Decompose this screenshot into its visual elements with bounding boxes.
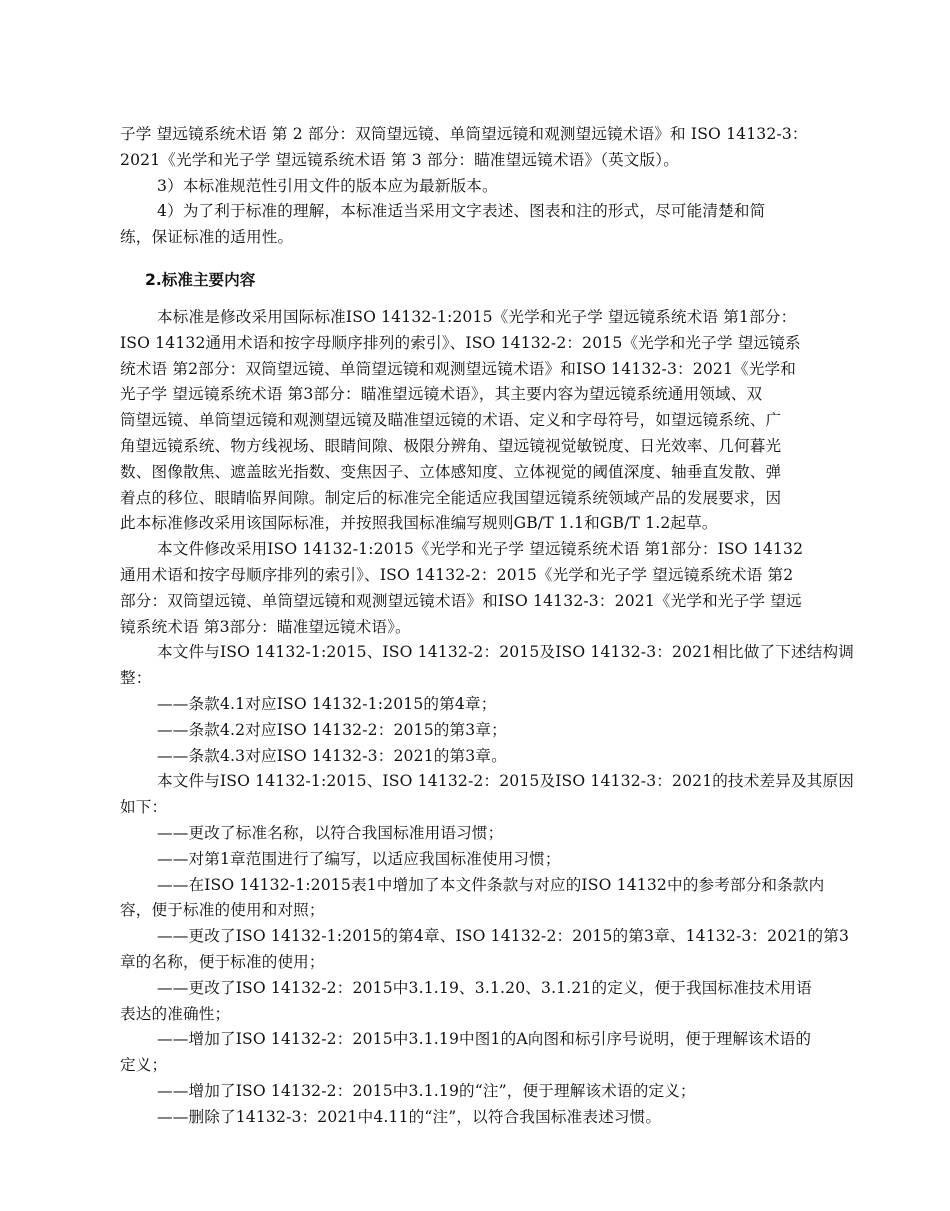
- document-page: 子学 望远镜系统术语 第 2 部分：双筒望远镜、单筒望远镜和观测望远镜术语》和 …: [0, 0, 950, 1211]
- list-item: ——增加了ISO 14132-2：2015中3.1.19的“注”，便于理解该术语…: [120, 1079, 832, 1105]
- text-line: 整：: [120, 666, 832, 692]
- list-item: ——条款4.2对应ISO 14132-2：2015的第3章；: [120, 718, 832, 744]
- text-line: 容，便于标准的使用和对照；: [120, 898, 832, 924]
- text-line: 2021《光学和光子学 望远镜系统术语 第 3 部分：瞄准望远镜术语》（英文版）…: [120, 148, 832, 174]
- text-line: 本文件与ISO 14132-1:2015、ISO 14132-2：2015及IS…: [120, 640, 832, 666]
- text-line: 本文件与ISO 14132-1:2015、ISO 14132-2：2015及IS…: [120, 769, 832, 795]
- text-line: 部分：双筒望远镜、单筒望远镜和观测望远镜术语》和ISO 14132-3：2021…: [120, 589, 832, 615]
- document-content: 子学 望远镜系统术语 第 2 部分：双筒望远镜、单筒望远镜和观测望远镜术语》和 …: [120, 122, 832, 1130]
- text-line: 4）为了利于标准的理解，本标准适当采用文字表述、图表和注的形式，尽可能清楚和简: [120, 199, 832, 225]
- text-line: 本标准是修改采用国际标准ISO 14132-1:2015《光学和光子学 望远镜系…: [120, 305, 832, 331]
- list-item: ——更改了ISO 14132-2：2015中3.1.19、3.1.20、3.1.…: [120, 976, 832, 1002]
- text-line: 表达的准确性；: [120, 1002, 832, 1028]
- text-line: 章的名称，便于标准的使用；: [120, 950, 832, 976]
- text-line: 光子学 望远镜系统术语 第3部分：瞄准望远镜术语》，其主要内容为望远镜系统通用领…: [120, 382, 832, 408]
- text-line: 通用术语和按字母顺序排列的索引》、ISO 14132-2：2015《光学和光子学…: [120, 563, 832, 589]
- text-line: 统术语 第2部分：双筒望远镜、单筒望远镜和观测望远镜术语》和ISO 14132-…: [120, 357, 832, 383]
- text-line: 镜系统术语 第3部分：瞄准望远镜术语》。: [120, 615, 832, 641]
- text-line: 角望远镜系统、物方线视场、眼睛间隙、极限分辨角、望远镜视觉敏锐度、日光效率、几何…: [120, 434, 832, 460]
- text-line: 数、图像散焦、遮盖眩光指数、变焦因子、立体感知度、立体视觉的阈值深度、轴垂直发散…: [120, 460, 832, 486]
- text-line: 练，保证标准的适用性。: [120, 225, 832, 251]
- section-heading: 2.标准主要内容: [120, 255, 832, 305]
- text-line: 本文件修改采用ISO 14132-1:2015《光学和光子学 望远镜系统术语 第…: [120, 537, 832, 563]
- text-line: 此本标准修改采用该国际标准，并按照我国标准编写规则GB/T 1.1和GB/T 1…: [120, 511, 832, 537]
- intro-section: 子学 望远镜系统术语 第 2 部分：双筒望远镜、单筒望远镜和观测望远镜术语》和 …: [120, 122, 832, 251]
- main-content-section: 本标准是修改采用国际标准ISO 14132-1:2015《光学和光子学 望远镜系…: [120, 305, 832, 1131]
- list-item: ——删除了14132-3：2021中4.11的“注”，以符合我国标准表述习惯。: [120, 1105, 832, 1131]
- text-line: 3）本标准规范性引用文件的版本应为最新版本。: [120, 174, 832, 200]
- text-line: 定义；: [120, 1053, 832, 1079]
- text-line: 筒望远镜、单筒望远镜和观测望远镜及瞄准望远镜的术语、定义和字母符号，如望远镜系统…: [120, 408, 832, 434]
- list-item: ——更改了标准名称，以符合我国标准用语习惯；: [120, 821, 832, 847]
- list-item: ——增加了ISO 14132-2：2015中3.1.19中图1的A向图和标引序号…: [120, 1027, 832, 1053]
- list-item: ——对第1章范围进行了编写，以适应我国标准使用习惯；: [120, 847, 832, 873]
- list-item: ——更改了ISO 14132-1:2015的第4章、ISO 14132-2：20…: [120, 924, 832, 950]
- list-item: ——条款4.3对应ISO 14132-3：2021的第3章。: [120, 744, 832, 770]
- text-line: 如下：: [120, 795, 832, 821]
- list-item: ——在ISO 14132-1:2015表1中增加了本文件条款与对应的ISO 14…: [120, 873, 832, 899]
- text-line: 子学 望远镜系统术语 第 2 部分：双筒望远镜、单筒望远镜和观测望远镜术语》和 …: [120, 122, 832, 148]
- text-line: 着点的移位、眼睛临界间隙。制定后的标准完全能适应我国望远镜系统领域产品的发展要求…: [120, 486, 832, 512]
- text-line: ISO 14132通用术语和按字母顺序排列的索引》、ISO 14132-2：20…: [120, 331, 832, 357]
- list-item: ——条款4.1对应ISO 14132-1:2015的第4章；: [120, 692, 832, 718]
